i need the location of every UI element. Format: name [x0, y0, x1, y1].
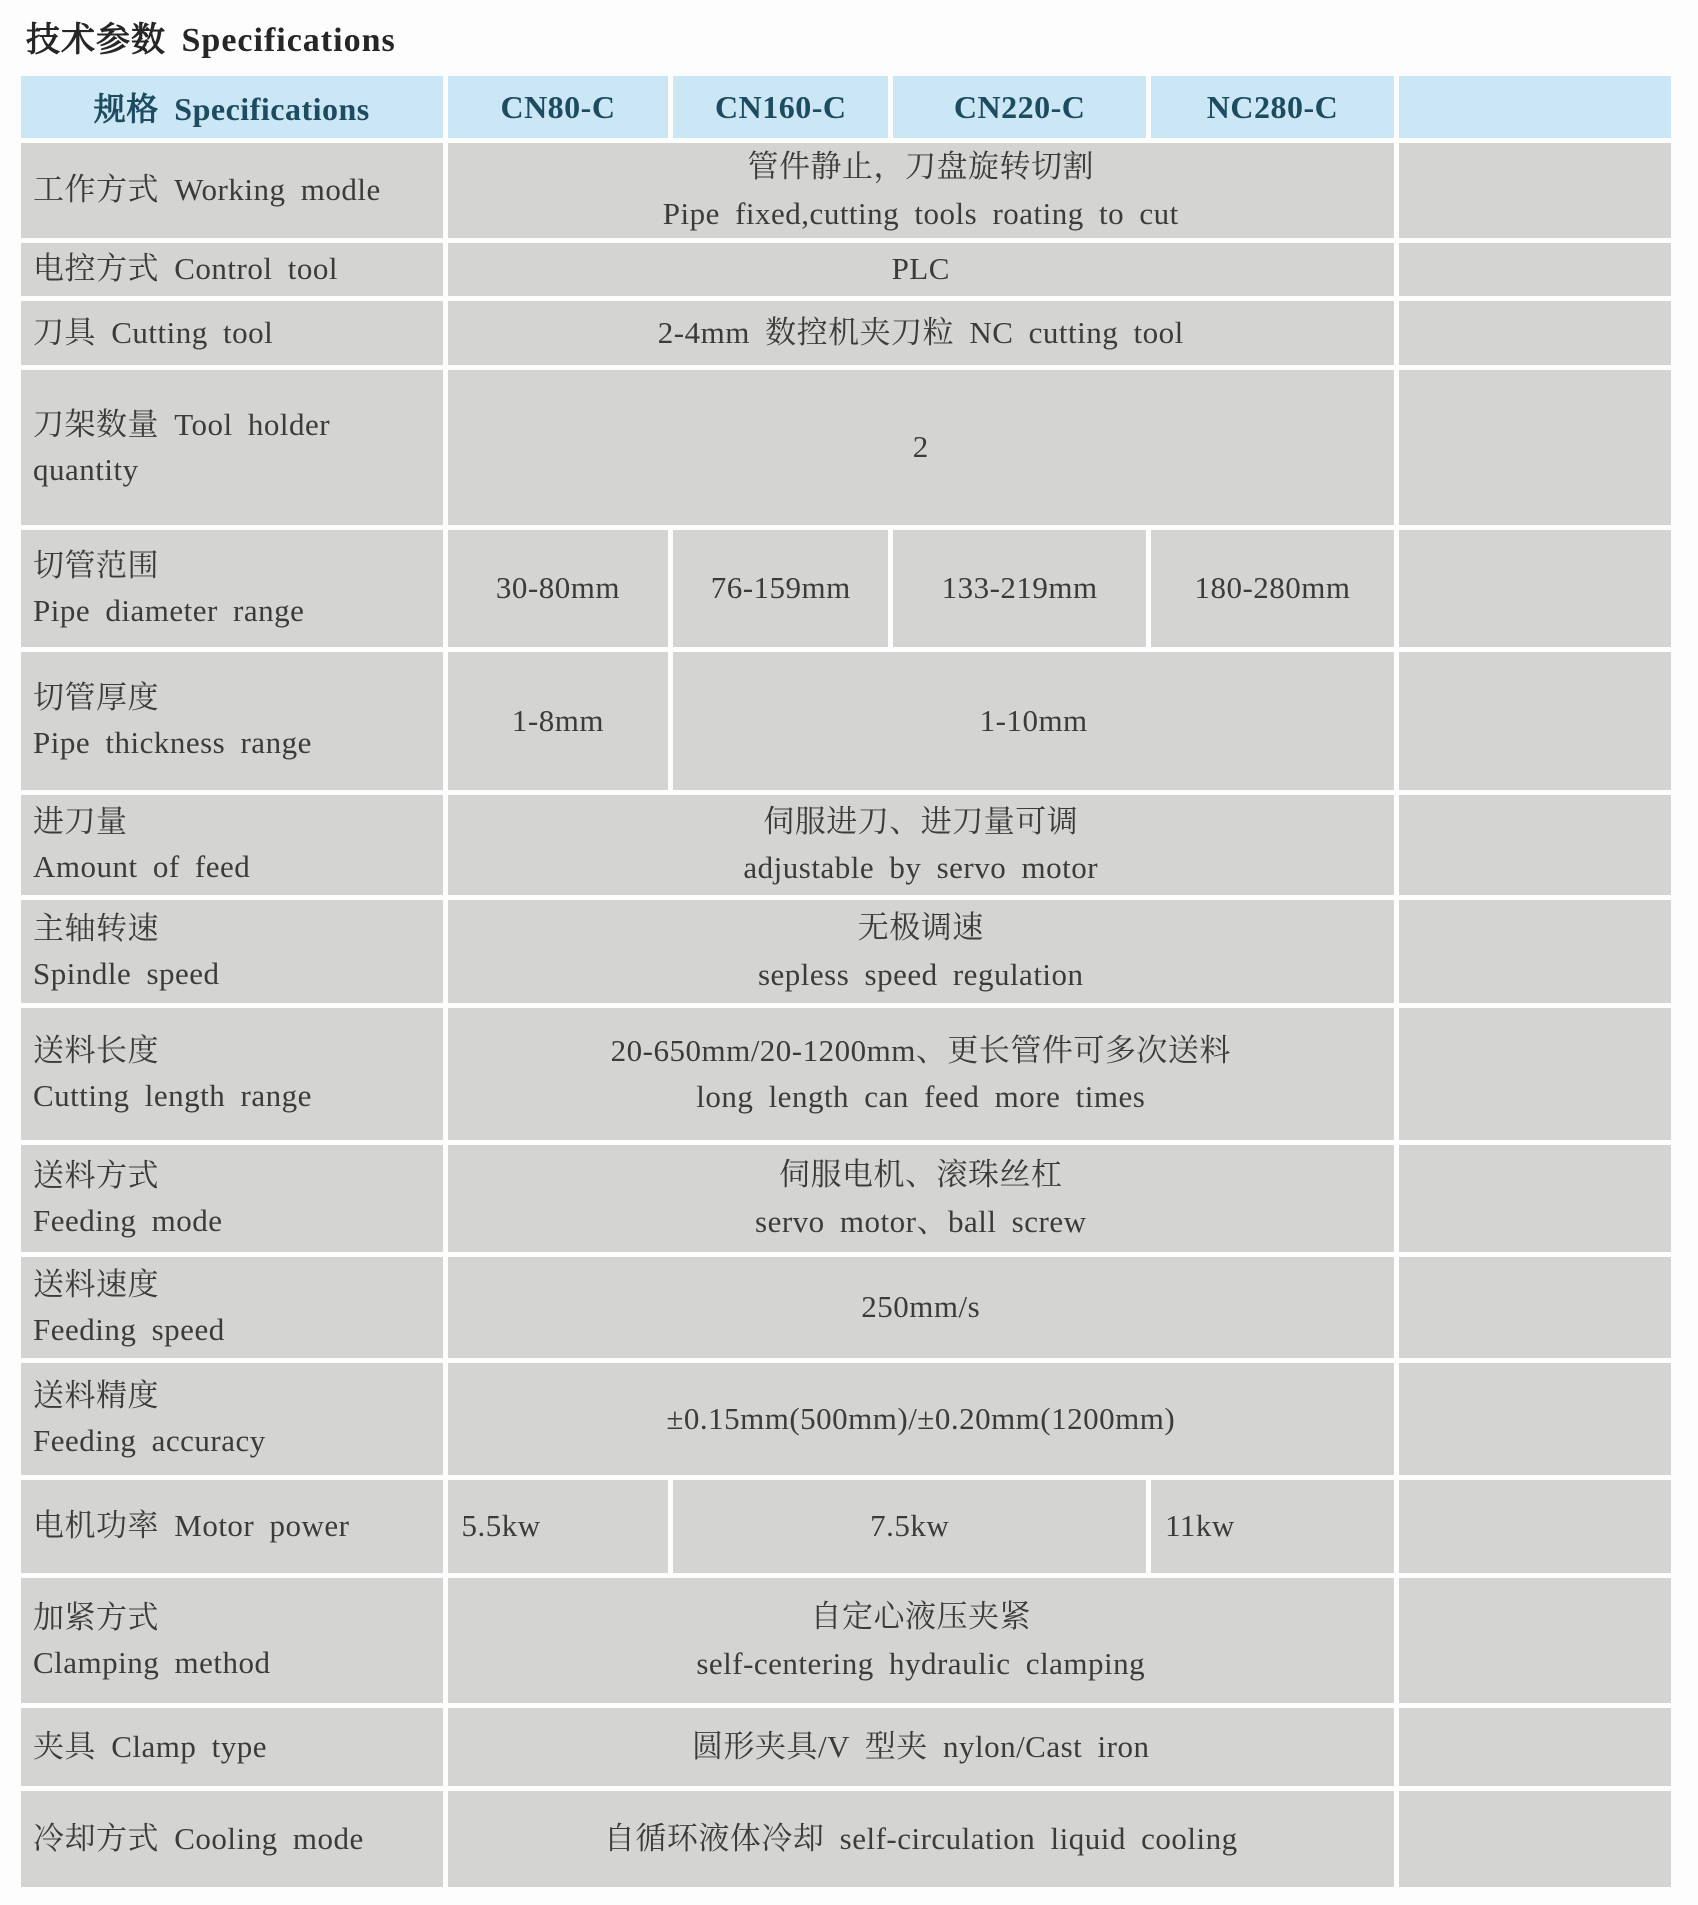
value-nc280c: 180-280mm [1151, 530, 1394, 647]
value-other-models: 1-10mm [673, 652, 1394, 790]
table-header-row: 规格 Specifications CN80-C CN160-C CN220-C… [21, 76, 1671, 138]
row-label: 送料精度 Feeding accuracy [21, 1363, 443, 1475]
spec-sheet-page: 技术参数 Specifications 规格 Specifications CN… [0, 0, 1698, 1905]
row-label: 工作方式 Working modle [21, 143, 443, 238]
label-line-en: Feeding speed [33, 1308, 442, 1353]
table-row-clamp-type: 夹具 Clamp type 圆形夹具/V 型夹 nylon/Cast iron [21, 1708, 1671, 1786]
row-value: 无极调速 sepless speed regulation [448, 900, 1394, 1003]
label-line-en: Cutting length range [33, 1074, 442, 1119]
value-cn80c: 1-8mm [448, 652, 669, 790]
label-line-zh: 送料速度 [33, 1263, 442, 1308]
page-title-zh: 技术参数 [26, 22, 166, 59]
row-label: 加紧方式 Clamping method [21, 1578, 443, 1703]
empty-cell [1399, 1708, 1671, 1786]
table-row-working-mode: 工作方式 Working modle 管件静止，刀盘旋转切割 Pipe fixe… [21, 143, 1671, 238]
row-label: 冷却方式 Cooling mode [21, 1791, 443, 1887]
label-line-en: Amount of feed [33, 845, 442, 890]
table-row-amount-of-feed: 进刀量 Amount of feed 伺服进刀、进刀量可调 adjustable… [21, 795, 1671, 895]
value-line-en: adjustable by servo motor [449, 845, 1393, 892]
label-line-1: 刀架数量 Tool holder [33, 403, 442, 448]
row-value: PLC [448, 243, 1394, 296]
row-value: 自定心液压夹紧 self-centering hydraulic clampin… [448, 1578, 1394, 1703]
label-line-zh: 送料方式 [33, 1154, 442, 1199]
label-line-2: quantity [33, 448, 442, 493]
value-line-en: servo motor、ball screw [449, 1199, 1393, 1246]
row-label: 电控方式 Control tool [21, 243, 443, 296]
table-row-feeding-mode: 送料方式 Feeding mode 伺服电机、滚珠丝杠 servo motor、… [21, 1145, 1671, 1252]
row-value: ±0.15mm(500mm)/±0.20mm(1200mm) [448, 1363, 1394, 1475]
row-label: 主轴转速 Spindle speed [21, 900, 443, 1003]
row-value: 伺服电机、滚珠丝杠 servo motor、ball screw [448, 1145, 1394, 1252]
table-row-pipe-thickness: 切管厚度 Pipe thickness range 1-8mm 1-10mm [21, 652, 1671, 790]
label-line-zh: 送料长度 [33, 1029, 442, 1074]
table-row-pipe-diameter: 切管范围 Pipe diameter range 30-80mm 76-159m… [21, 530, 1671, 647]
value-cn80c: 30-80mm [448, 530, 669, 647]
header-model-cn220c: CN220-C [893, 76, 1146, 138]
value-line-zh: 自定心液压夹紧 [449, 1594, 1393, 1641]
table-row-cutting-length: 送料长度 Cutting length range 20-650mm/20-12… [21, 1008, 1671, 1140]
header-model-cn160c: CN160-C [673, 76, 888, 138]
row-label: 送料方式 Feeding mode [21, 1145, 443, 1252]
empty-cell [1399, 1480, 1671, 1573]
empty-cell [1399, 301, 1671, 365]
table-row-feeding-speed: 送料速度 Feeding speed 250mm/s [21, 1257, 1671, 1358]
value-line-zh: 无极调速 [449, 905, 1393, 952]
value-line-zh: 伺服进刀、进刀量可调 [449, 799, 1393, 846]
row-value: 管件静止，刀盘旋转切割 Pipe fixed,cutting tools roa… [448, 143, 1394, 238]
empty-cell [1399, 1145, 1671, 1252]
row-label: 夹具 Clamp type [21, 1708, 443, 1786]
value-cn80c: 5.5kw [448, 1480, 669, 1573]
header-spec: 规格 Specifications [21, 76, 443, 138]
row-label: 送料长度 Cutting length range [21, 1008, 443, 1140]
row-label: 切管厚度 Pipe thickness range [21, 652, 443, 790]
label-line-en: Spindle speed [33, 952, 442, 997]
label-line-en: Pipe thickness range [33, 721, 442, 766]
label-line-zh: 切管厚度 [33, 676, 442, 721]
empty-cell [1399, 1791, 1671, 1887]
value-cn160c-cn220c: 7.5kw [673, 1480, 1146, 1573]
label-line-en: Pipe diameter range [33, 589, 442, 634]
header-empty-cell [1399, 76, 1671, 138]
table-row-cooling-mode: 冷却方式 Cooling mode 自循环液体冷却 self-circulati… [21, 1791, 1671, 1887]
value-nc280c: 11kw [1151, 1480, 1394, 1573]
table-row-clamping-method: 加紧方式 Clamping method 自定心液压夹紧 self-center… [21, 1578, 1671, 1703]
value-line-en: long length can feed more times [449, 1074, 1393, 1121]
row-value: 圆形夹具/V 型夹 nylon/Cast iron [448, 1708, 1394, 1786]
value-cn160c: 76-159mm [673, 530, 888, 647]
page-title: 技术参数 Specifications [26, 12, 1698, 61]
label-line-zh: 送料精度 [33, 1374, 442, 1419]
empty-cell [1399, 243, 1671, 296]
row-value: 2-4mm 数控机夹刀粒 NC cutting tool [448, 301, 1394, 365]
table-row-control: 电控方式 Control tool PLC [21, 243, 1671, 296]
value-line-en: Pipe fixed,cutting tools roating to cut [449, 191, 1393, 238]
row-value: 250mm/s [448, 1257, 1394, 1358]
value-line-zh: 20-650mm/20-1200mm、更长管件可多次送料 [449, 1028, 1393, 1075]
label-line-en: Clamping method [33, 1641, 442, 1686]
empty-cell [1399, 1363, 1671, 1475]
header-model-cn80c: CN80-C [448, 76, 669, 138]
specifications-table: 规格 Specifications CN80-C CN160-C CN220-C… [16, 71, 1676, 1892]
table-row-spindle-speed: 主轴转速 Spindle speed 无极调速 sepless speed re… [21, 900, 1671, 1003]
row-value: 伺服进刀、进刀量可调 adjustable by servo motor [448, 795, 1394, 895]
label-line-zh: 切管范围 [33, 544, 442, 589]
empty-cell [1399, 900, 1671, 1003]
table-row-tool-holder-quantity: 刀架数量 Tool holder quantity 2 [21, 370, 1671, 525]
row-label: 刀架数量 Tool holder quantity [21, 370, 443, 525]
header-model-nc280c: NC280-C [1151, 76, 1394, 138]
row-label: 电机功率 Motor power [21, 1480, 443, 1573]
value-cn220c: 133-219mm [893, 530, 1146, 647]
empty-cell [1399, 1257, 1671, 1358]
label-line-en: Feeding mode [33, 1199, 442, 1244]
row-label: 送料速度 Feeding speed [21, 1257, 443, 1358]
empty-cell [1399, 795, 1671, 895]
value-line-zh: 管件静止，刀盘旋转切割 [449, 144, 1393, 191]
row-value: 2 [448, 370, 1394, 525]
table-row-cutting-tool: 刀具 Cutting tool 2-4mm 数控机夹刀粒 NC cutting … [21, 301, 1671, 365]
row-value: 自循环液体冷却 self-circulation liquid cooling [448, 1791, 1394, 1887]
table-row-feeding-accuracy: 送料精度 Feeding accuracy ±0.15mm(500mm)/±0.… [21, 1363, 1671, 1475]
empty-cell [1399, 370, 1671, 525]
row-label: 刀具 Cutting tool [21, 301, 443, 365]
row-label: 进刀量 Amount of feed [21, 795, 443, 895]
empty-cell [1399, 143, 1671, 238]
label-line-zh: 主轴转速 [33, 907, 442, 952]
value-line-en: sepless speed regulation [449, 952, 1393, 999]
empty-cell [1399, 1008, 1671, 1140]
label-line-en: Feeding accuracy [33, 1419, 442, 1464]
row-label: 切管范围 Pipe diameter range [21, 530, 443, 647]
empty-cell [1399, 1578, 1671, 1703]
empty-cell [1399, 652, 1671, 790]
value-line-zh: 伺服电机、滚珠丝杠 [449, 1152, 1393, 1199]
table-row-motor-power: 电机功率 Motor power 5.5kw 7.5kw 11kw [21, 1480, 1671, 1573]
row-value: 20-650mm/20-1200mm、更长管件可多次送料 long length… [448, 1008, 1394, 1140]
value-line-en: self-centering hydraulic clamping [449, 1641, 1393, 1688]
empty-cell [1399, 530, 1671, 647]
page-title-en: Specifications [182, 22, 396, 59]
label-line-zh: 加紧方式 [33, 1596, 442, 1641]
label-line-zh: 进刀量 [33, 800, 442, 845]
